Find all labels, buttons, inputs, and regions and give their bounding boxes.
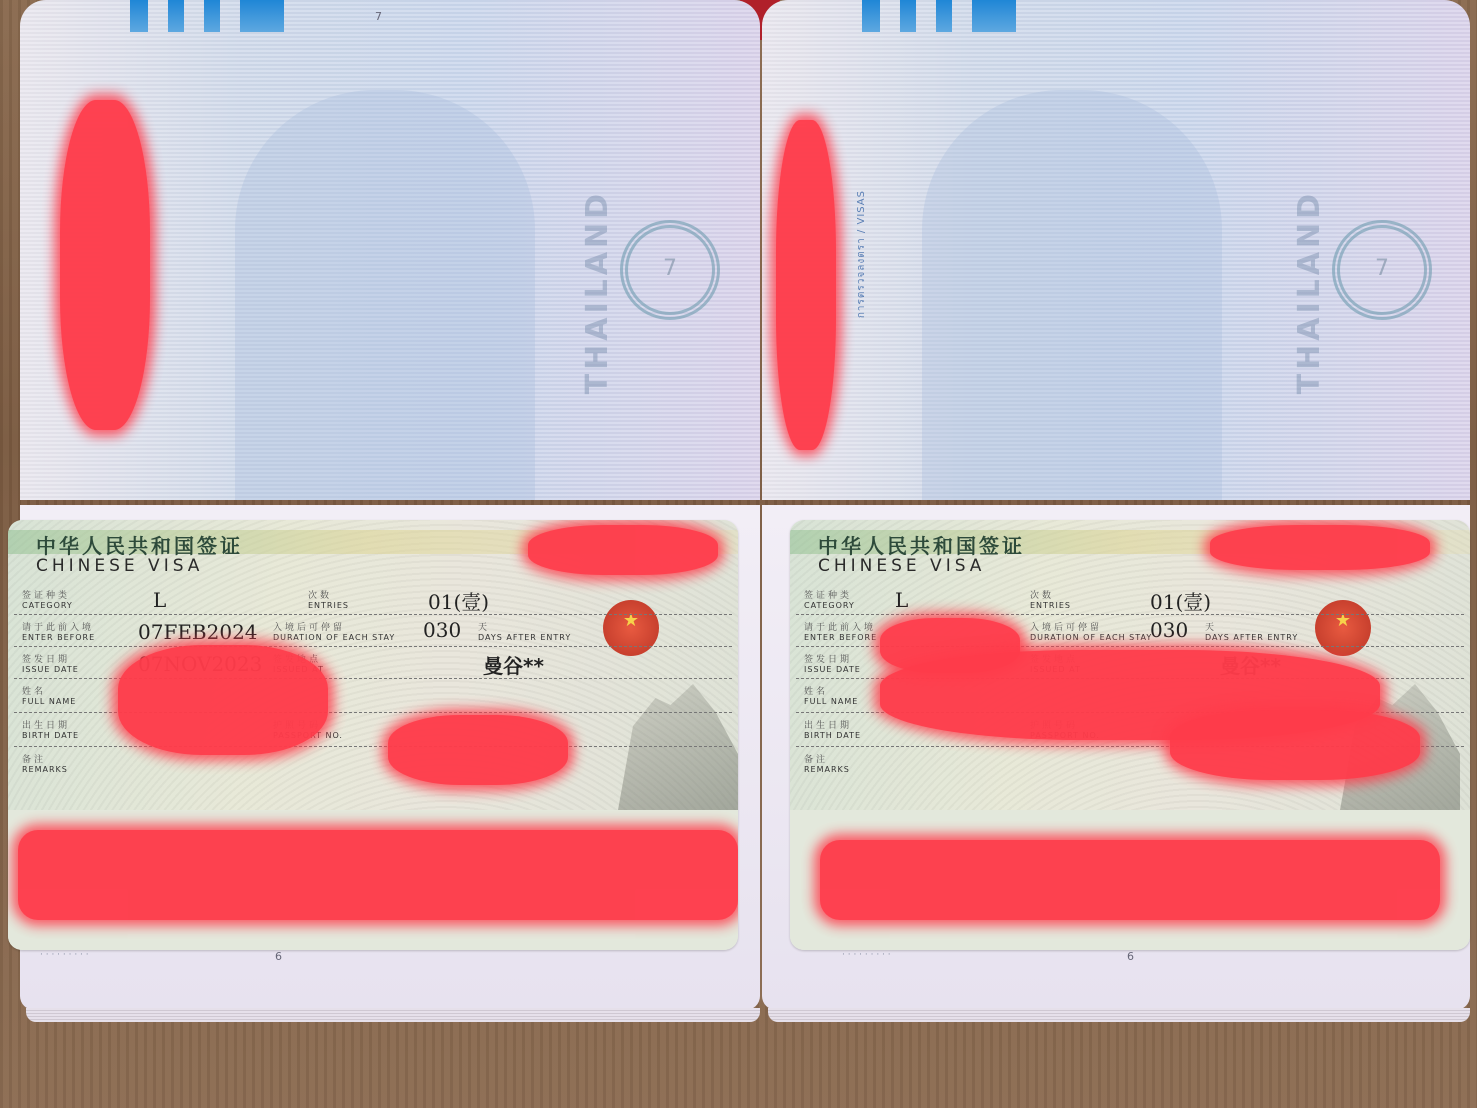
redaction-blob xyxy=(18,830,738,920)
remarks-label: 备注REMARKS xyxy=(804,752,850,774)
entries-label: 次数ENTRIES xyxy=(308,588,349,610)
page-number: 7 xyxy=(375,10,382,23)
divider xyxy=(14,746,732,747)
visa-title-en: CHINESE VISA xyxy=(818,556,985,576)
page-stack-edge xyxy=(768,1008,1470,1022)
entries-label: 次数ENTRIES xyxy=(1030,588,1071,610)
watermark-arch xyxy=(235,90,535,500)
chinese-visa-sticker: 中华人民共和国签证 CHINESE VISA ★ 签证种类CATEGORY L … xyxy=(8,520,738,950)
redaction-blob xyxy=(776,120,836,450)
category-label: 签证种类CATEGORY xyxy=(804,588,855,610)
birth-date-label: 出生日期BIRTH DATE xyxy=(22,718,79,740)
page-number: 6 xyxy=(1127,950,1134,963)
passport-left: 7 THAILAND 7 中华人民共和国签证 CHINESE VISA ★ 签证… xyxy=(20,0,760,1010)
national-emblem-icon: ★ xyxy=(1315,600,1371,656)
rosette-watermark: 7 xyxy=(620,220,720,320)
national-emblem-icon: ★ xyxy=(603,600,659,656)
watermark-arch xyxy=(922,90,1222,500)
issue-date-label: 签发日期ISSUE DATE xyxy=(22,652,79,674)
page-footer-text: · · · · · · · · · xyxy=(842,950,891,960)
chinese-visa-sticker: 中华人民共和国签证 CHINESE VISA ★ 签证种类CATEGORY L … xyxy=(790,520,1470,950)
thailand-watermark: THAILAND xyxy=(1292,190,1327,394)
category-value: L xyxy=(895,588,908,612)
page-footer-text: · · · · · · · · · xyxy=(40,950,89,960)
visa-title-cn: 中华人民共和国签证 xyxy=(36,530,243,559)
redaction-blob xyxy=(1170,710,1420,780)
visa-page-bottom: 中华人民共和国签证 CHINESE VISA ★ 签证种类CATEGORY L … xyxy=(762,505,1470,1010)
duration-value: 030 xyxy=(423,618,461,642)
enter-before-label: 请于此前入境ENTER BEFORE xyxy=(804,620,877,642)
enter-before-label: 请于此前入境ENTER BEFORE xyxy=(22,620,95,642)
duration-label: 入境后可停留DURATION OF EACH STAY xyxy=(273,620,395,642)
birth-date-label: 出生日期BIRTH DATE xyxy=(804,718,861,740)
divider xyxy=(14,646,732,647)
entries-value: 01(壹) xyxy=(428,586,489,615)
remarks-label: 备注REMARKS xyxy=(22,752,68,774)
page-number: 6 xyxy=(275,950,282,963)
full-name-label: 姓名FULL NAME xyxy=(22,684,76,706)
visas-side-label: การตรวจลงตรา / VISAS xyxy=(854,190,869,318)
issued-at-value: 曼谷** xyxy=(483,650,544,679)
duration-unit: 天DAYS AFTER ENTRY xyxy=(478,620,571,642)
redaction-blob xyxy=(1210,525,1430,570)
redaction-blob xyxy=(388,715,568,785)
redaction-blob xyxy=(118,645,328,755)
page-stack-edge xyxy=(26,1008,760,1022)
passport-right: การตรวจลงตรา / VISAS THAILAND 7 中华人民共和国签… xyxy=(762,0,1470,1010)
thailand-watermark: THAILAND xyxy=(580,190,615,394)
redaction-blob xyxy=(820,840,1440,920)
redaction-blob xyxy=(528,525,718,575)
rosette-watermark: 7 xyxy=(1332,220,1432,320)
enter-before-value: 07FEB2024 xyxy=(138,620,258,644)
category-label: 签证种类CATEGORY xyxy=(22,588,73,610)
full-name-label: 姓名FULL NAME xyxy=(804,684,858,706)
duration-value: 030 xyxy=(1150,618,1188,642)
redaction-blob xyxy=(60,100,150,430)
visa-title-en: CHINESE VISA xyxy=(36,556,203,576)
visa-title-cn: 中华人民共和国签证 xyxy=(818,530,1025,559)
blue-bars-decoration xyxy=(862,0,1016,32)
visa-page-top: 7 THAILAND 7 xyxy=(20,0,760,500)
issue-date-label: 签发日期ISSUE DATE xyxy=(804,652,861,674)
divider xyxy=(796,614,1464,615)
duration-label: 入境后可停留DURATION OF EACH STAY xyxy=(1030,620,1152,642)
great-wall-graphic xyxy=(588,670,738,810)
duration-unit: 天DAYS AFTER ENTRY xyxy=(1205,620,1298,642)
entries-value: 01(壹) xyxy=(1150,586,1211,615)
category-value: L xyxy=(153,588,166,612)
divider xyxy=(14,614,732,615)
blue-bars-decoration xyxy=(130,0,284,32)
visa-page-top: การตรวจลงตรา / VISAS THAILAND 7 xyxy=(762,0,1470,500)
visa-page-bottom: 中华人民共和国签证 CHINESE VISA ★ 签证种类CATEGORY L … xyxy=(20,505,760,1010)
